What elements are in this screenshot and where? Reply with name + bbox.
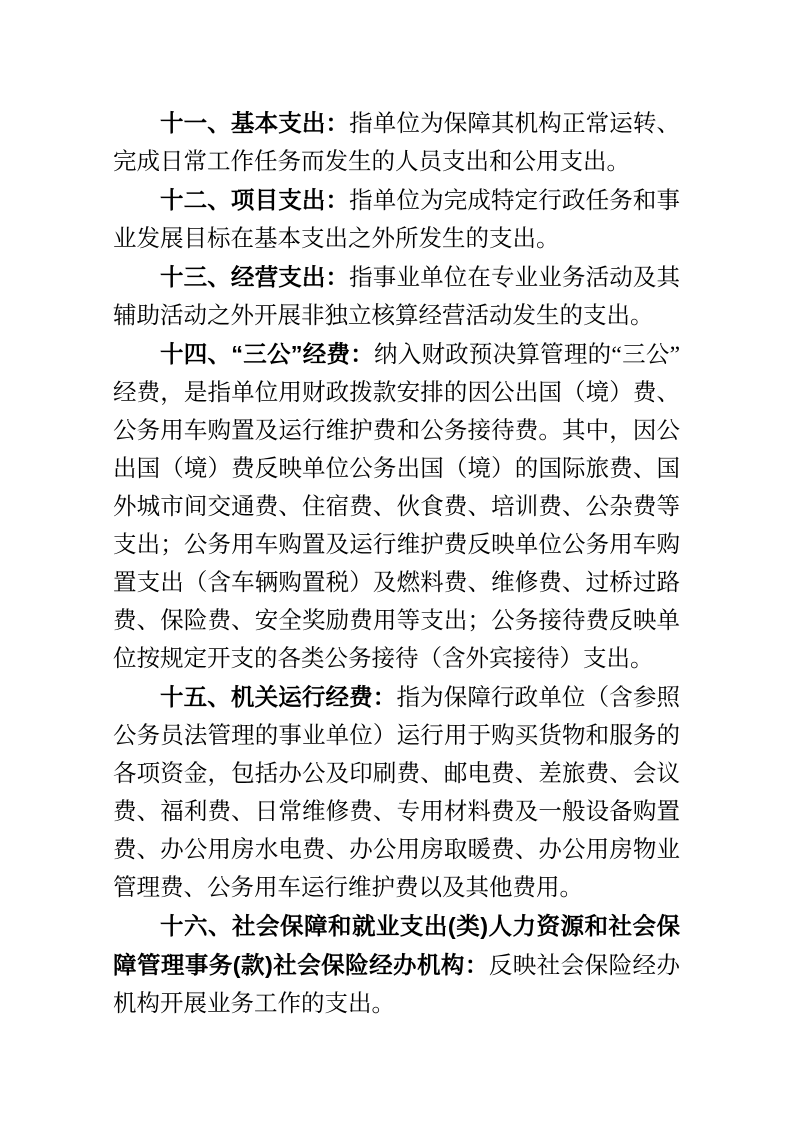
paragraph: 十六、社会保障和就业支出(类)人力资源和社会保障管理事务(款)社会保险经办机构：… (113, 907, 680, 1023)
paragraph: 十一、基本支出：指单位为保障其机构正常运转、完成日常工作任务而发生的人员支出和公… (113, 104, 680, 181)
paragraph: 十二、项目支出：指单位为完成特定行政任务和事业发展目标在基本支出之外所发生的支出… (113, 181, 680, 258)
paragraph-heading: 十三、经营支出： (160, 264, 349, 290)
paragraph: 十五、机关运行经费：指为保障行政单位（含参照公务员法管理的事业单位）运行用于购买… (113, 678, 680, 907)
paragraph-heading: 十四、“三公”经费： (160, 341, 374, 367)
paragraph-heading: 十二、项目支出： (160, 187, 349, 213)
document-page: 十一、基本支出：指单位为保障其机构正常运转、完成日常工作任务而发生的人员支出和公… (0, 0, 793, 1122)
paragraph-heading: 十一、基本支出： (160, 110, 349, 136)
paragraph: 十四、“三公”经费：纳入财政预决算管理的“三公”经费，是指单位用财政拨款安排的因… (113, 335, 680, 678)
paragraph-list: 十一、基本支出：指单位为保障其机构正常运转、完成日常工作任务而发生的人员支出和公… (113, 104, 680, 1023)
paragraph-body: 指为保障行政单位（含参照公务员法管理的事业单位）运行用于购买货物和服务的各项资金… (113, 685, 680, 901)
paragraph: 十三、经营支出：指事业单位在专业业务活动及其辅助活动之外开展非独立核算经营活动发… (113, 258, 680, 335)
paragraph-body: 纳入财政预决算管理的“三公”经费，是指单位用财政拨款安排的因公出国（境）费、公务… (113, 342, 680, 672)
paragraph-heading: 十五、机关运行经费： (160, 684, 396, 710)
